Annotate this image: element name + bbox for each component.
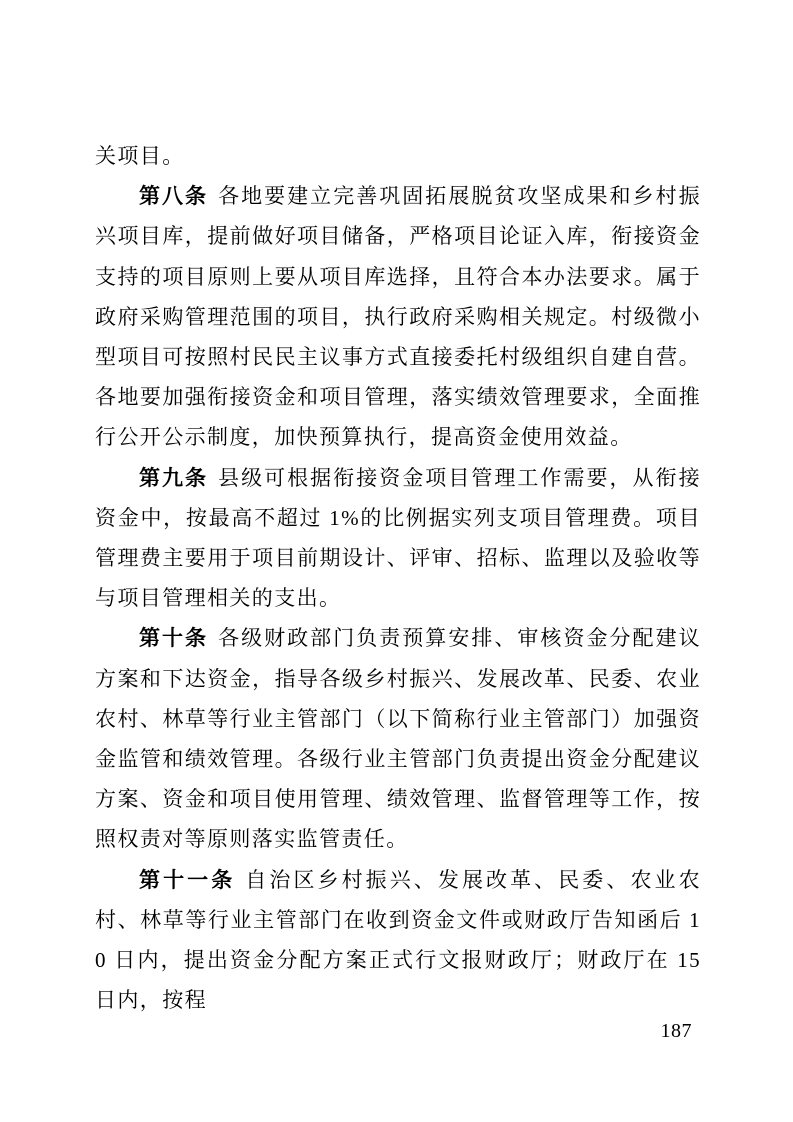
- document-page: 关项目。 第八条各地要建立完善巩固拓展脱贫攻坚成果和乡村振兴项目库，提前做好项目…: [0, 0, 793, 1122]
- paragraph-continuation: 关项目。: [95, 136, 701, 176]
- document-body: 关项目。 第八条各地要建立完善巩固拓展脱贫攻坚成果和乡村振兴项目库，提前做好项目…: [95, 136, 701, 1020]
- page-number: 187: [661, 1016, 693, 1046]
- paragraph-article-9: 第九条县级可根据衔接资金项目管理工作需要，从衔接资金中，按最高不超过 1%的比例…: [95, 458, 701, 619]
- paragraph-article-11: 第十一条自治区乡村振兴、发展改革、民委、农业农村、林草等行业主管部门在收到资金文…: [95, 860, 701, 1021]
- article-11-heading: 第十一条: [139, 868, 235, 892]
- article-8-heading: 第八条: [139, 184, 208, 208]
- article-9-heading: 第九条: [139, 466, 208, 490]
- paragraph-article-10: 第十条各级财政部门负责预算安排、审核资金分配建议方案和下达资金，指导各级乡村振兴…: [95, 618, 701, 859]
- paragraph-article-8: 第八条各地要建立完善巩固拓展脱贫攻坚成果和乡村振兴项目库，提前做好项目储备，严格…: [95, 176, 701, 457]
- paragraph-text: 关项目。: [95, 144, 185, 168]
- article-10-heading: 第十条: [139, 626, 208, 650]
- paragraph-text: 各地要建立完善巩固拓展脱贫攻坚成果和乡村振兴项目库，提前做好项目储备，严格项目论…: [95, 184, 701, 449]
- paragraph-text: 各级财政部门负责预算安排、审核资金分配建议方案和下达资金，指导各级乡村振兴、发展…: [95, 626, 701, 851]
